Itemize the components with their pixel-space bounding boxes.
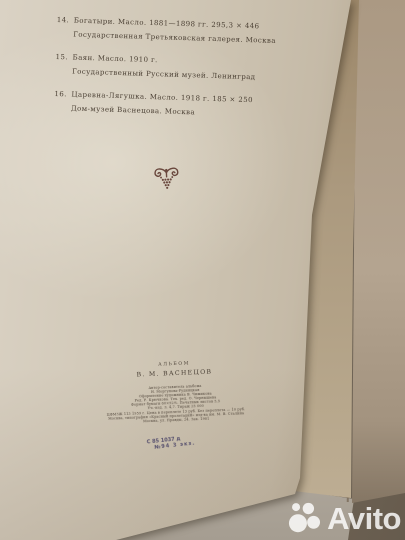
book-page: 14. Богатыри. Масло. 1881—1898 гг. 295,3… xyxy=(0,0,405,540)
entry-text: Богатыри. Масло. 1881—1898 гг. 295,3 × 4… xyxy=(73,14,307,49)
page-shadow: 14. Богатыри. Масло. 1881—1898 гг. 295,3… xyxy=(0,0,405,540)
entry-number: 14. xyxy=(56,13,74,42)
entry-number: 16. xyxy=(54,87,72,116)
grape-fleuron-icon xyxy=(151,164,183,200)
catalog-entry: 16. Царевна-Лягушка. Масло. 1918 г. 185 … xyxy=(54,87,305,123)
catalog-entry: 15. Баян. Масло. 1910 г. Государственный… xyxy=(55,50,306,86)
colophon: АЛЬБОМ В. М. ВАСНЕЦОВ Автор-составитель … xyxy=(72,358,278,426)
catalog-entries-list: 14. Богатыри. Масло. 1881—1898 гг. 295,3… xyxy=(54,13,307,132)
avito-logo-icon xyxy=(287,500,325,536)
avito-watermark: Avito xyxy=(287,500,401,536)
entry-number: 15. xyxy=(55,50,73,79)
book-photo: 14. Богатыри. Масло. 1881—1898 гг. 295,3… xyxy=(0,0,405,540)
entry-text: Баян. Масло. 1910 г. Государственный Рус… xyxy=(72,51,306,86)
avito-wordmark: Avito xyxy=(327,503,401,534)
entry-text: Царевна-Лягушка. Масло. 1918 г. 185 × 25… xyxy=(71,87,305,122)
page-ornament xyxy=(151,164,183,204)
